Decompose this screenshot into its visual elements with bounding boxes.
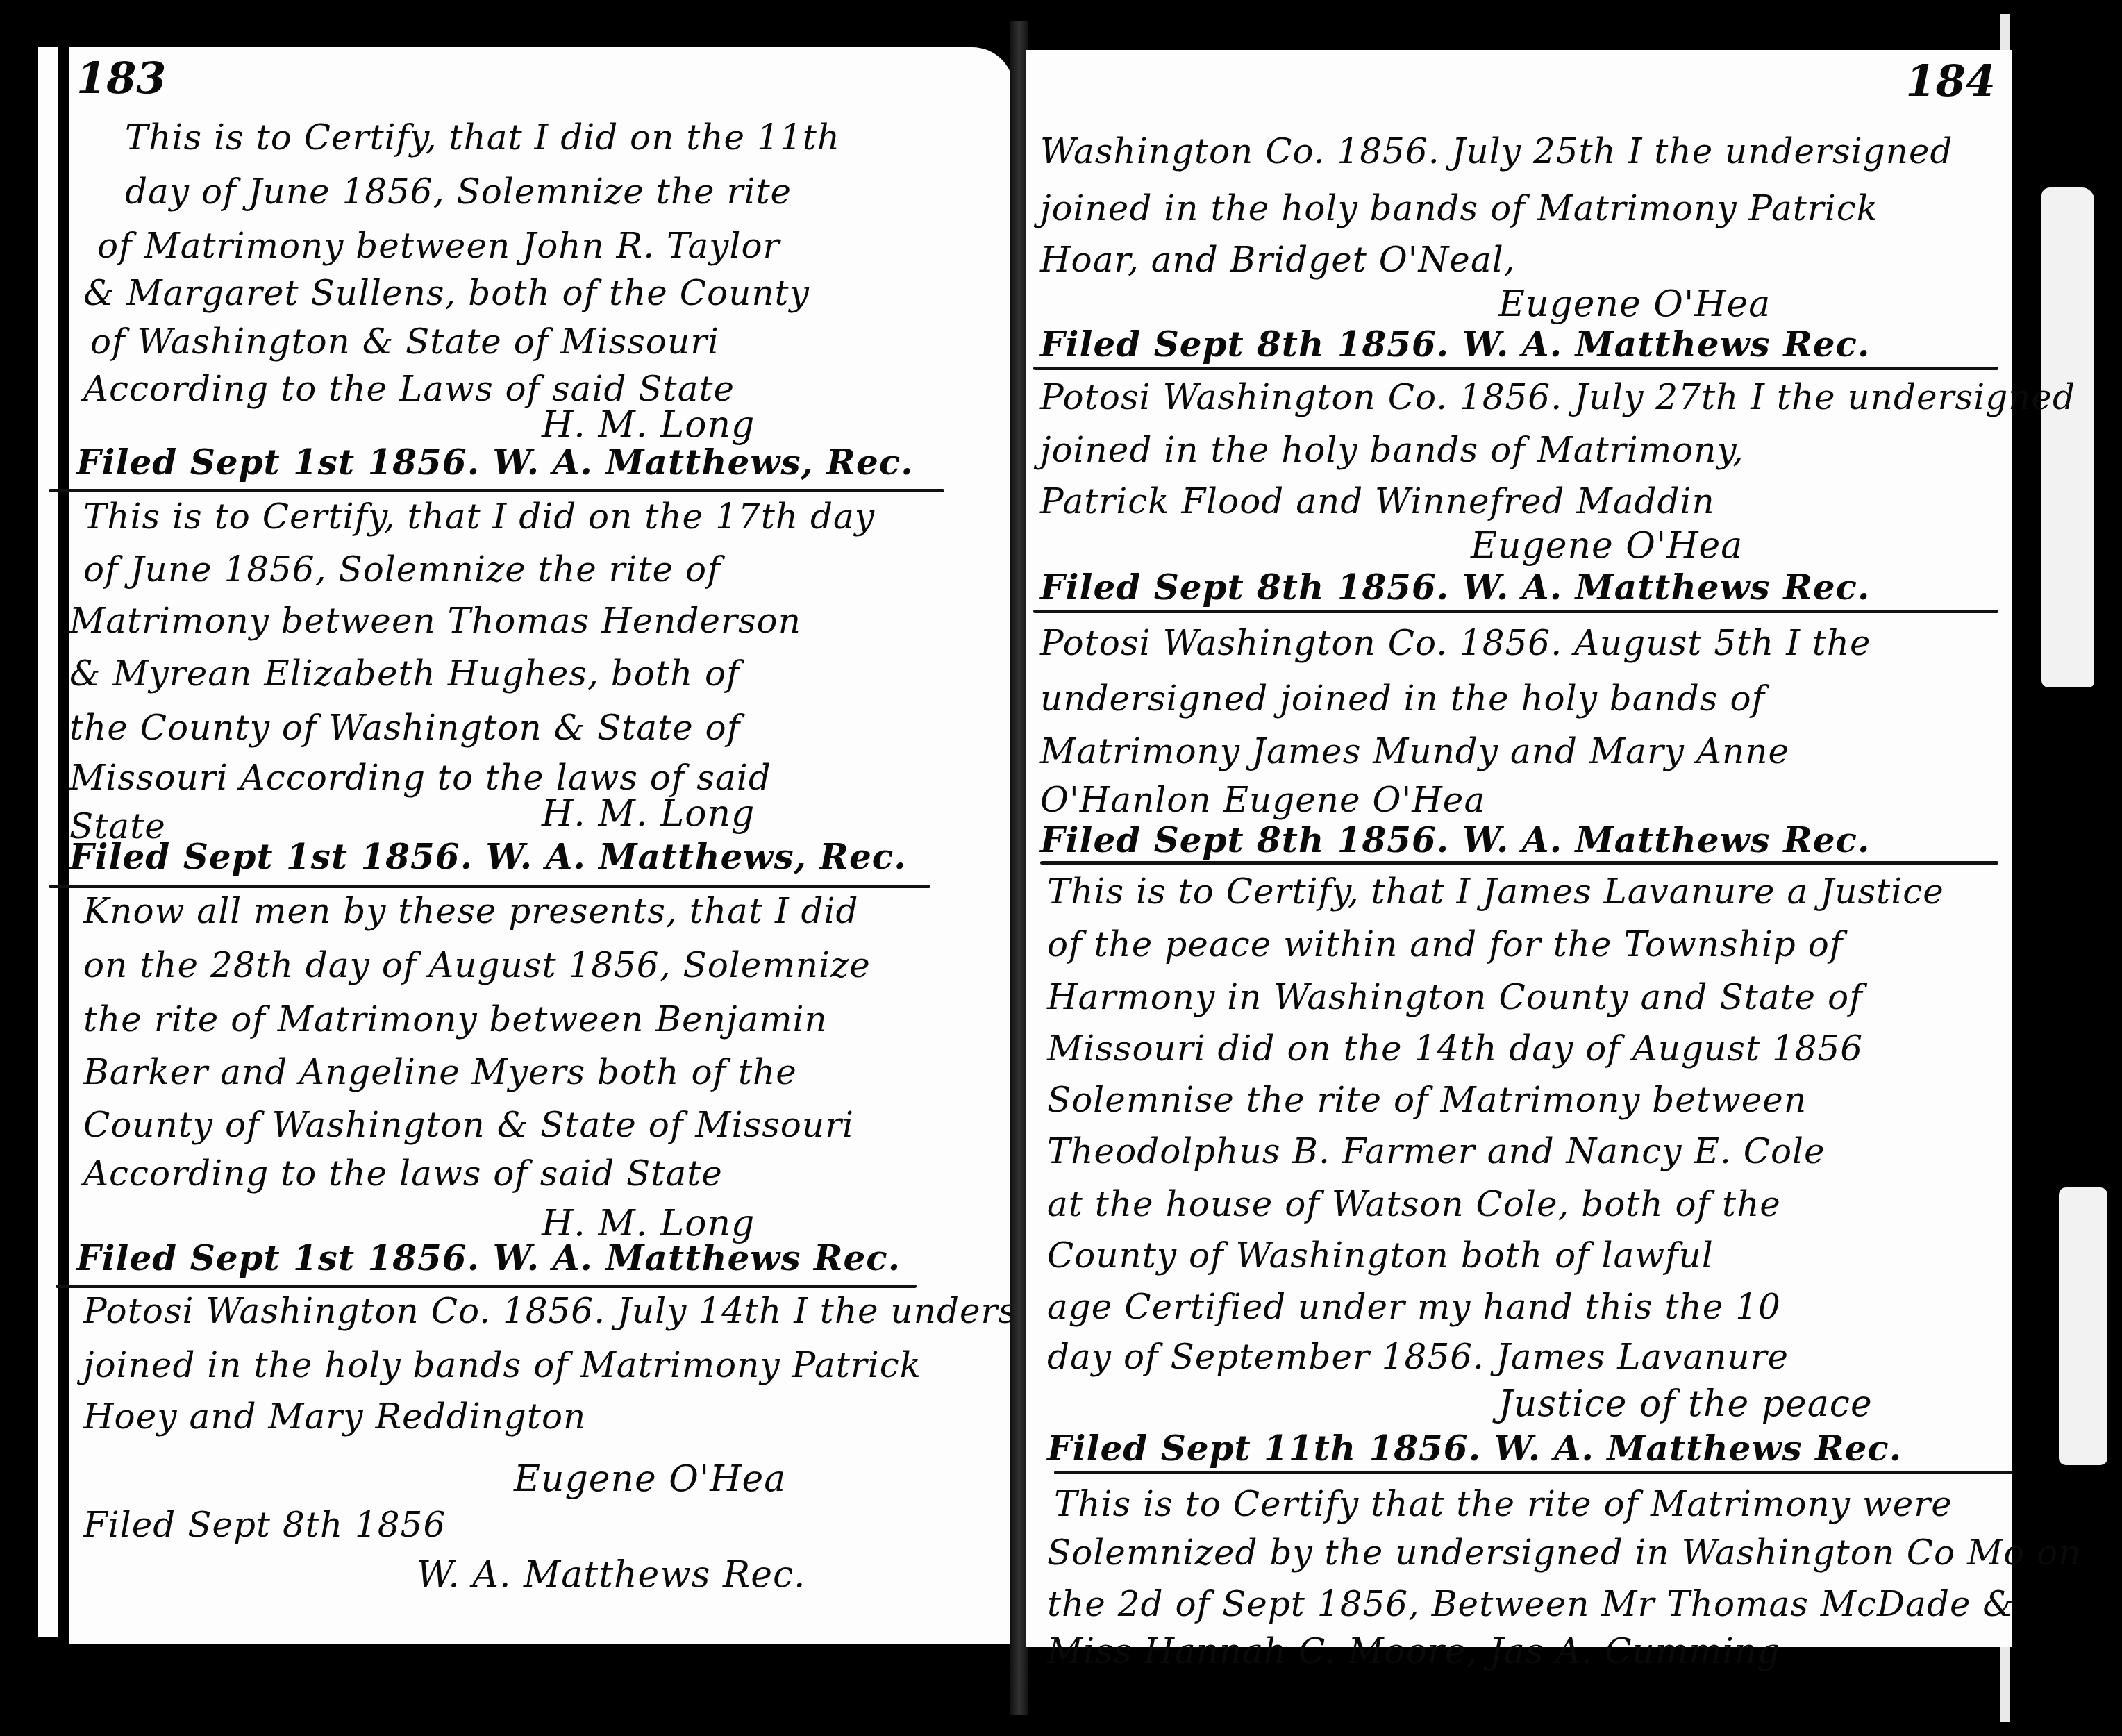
- text-line: Missouri According to the laws of said: [69, 757, 771, 799]
- text-line: This is to Certify, that I did on the 11…: [125, 117, 840, 158]
- text-line: O'Hanlon Eugene O'Hea: [1040, 779, 1485, 821]
- text-line: This is to Certify that the rite of Matr…: [1054, 1483, 1953, 1525]
- text-line: day of September 1856. James Lavanure: [1047, 1336, 1789, 1378]
- filing-note: Filed Sept 1st 1856. W. A. Matthews Rec.: [76, 1237, 901, 1279]
- officiant-signature: H. M. Long: [542, 793, 755, 835]
- filing-note: Filed Sept 11th 1856. W. A. Matthews Rec…: [1047, 1428, 1902, 1469]
- text-line: at the house of Watson Cole, both of the: [1047, 1183, 1781, 1225]
- text-line: According to the Laws of said State: [83, 368, 735, 410]
- text-line: Theodolphus B. Farmer and Nancy E. Cole: [1047, 1130, 1826, 1172]
- entry-divider: [1054, 1471, 2012, 1474]
- officiant-signature: Eugene O'Hea: [514, 1458, 786, 1500]
- entry-divider: [49, 885, 930, 888]
- entry-divider: [1033, 367, 1998, 370]
- text-line: & Margaret Sullens, both of the County: [83, 272, 810, 314]
- text-line: County of Washington & State of Missouri: [83, 1104, 854, 1146]
- text-line: Hoar, and Bridget O'Neal,: [1040, 239, 1516, 281]
- page-183: 183 This is to Certify, that I did on th…: [69, 47, 1014, 1644]
- text-line: Potosi Washington Co. 1856. July 27th I …: [1040, 376, 2075, 418]
- filing-note: Filed Sept 8th 1856. W. A. Matthews Rec.: [1040, 819, 1870, 861]
- page-184: 184 Washington Co. 1856. July 25th I the…: [1026, 50, 2012, 1647]
- text-line: Matrimony between Thomas Henderson: [69, 600, 801, 642]
- text-line: Potosi Washington Co. 1856. August 5th I…: [1040, 622, 1871, 664]
- text-line: Miss Hannah C. Moore, Jas A. Cumming: [1047, 1630, 1780, 1672]
- filing-note: Filed Sept 8th 1856: [83, 1504, 446, 1546]
- text-line: of the peace within and for the Township…: [1047, 924, 1843, 965]
- text-line: of Washington & State of Missouri: [90, 321, 719, 362]
- page-number: 184: [1906, 56, 1996, 106]
- text-line: the County of Washington & State of: [69, 707, 740, 749]
- text-line: Matrimony James Mundy and Mary Anne: [1040, 731, 1789, 772]
- filing-note: Filed Sept 1st 1856. W. A. Matthews, Rec…: [69, 836, 907, 878]
- text-line: day of June 1856, Solemnize the rite: [125, 171, 792, 212]
- filing-note: Filed Sept 8th 1856. W. A. Matthews Rec.: [1040, 567, 1870, 608]
- recorder-signature: W. A. Matthews Rec.: [417, 1554, 806, 1596]
- text-line: Solemnise the rite of Matrimony between: [1047, 1079, 1807, 1121]
- entry-divider: [1033, 610, 1998, 613]
- entry-divider: [1040, 861, 1998, 865]
- scanned-register-spread: 183 This is to Certify, that I did on th…: [0, 0, 2122, 1736]
- text-line: County of Washington both of lawful: [1047, 1235, 1714, 1276]
- text-line: Barker and Angeline Myers both of the: [83, 1051, 797, 1093]
- officiant-signature: H. M. Long: [542, 404, 755, 446]
- officiant-signature: Eugene O'Hea: [1498, 283, 1771, 325]
- text-line: Solemnized by the undersigned in Washing…: [1047, 1532, 2082, 1574]
- text-line: joined in the holy bands of Matrimony Pa…: [83, 1344, 921, 1386]
- text-line: Patrick Flood and Winnefred Maddin: [1040, 481, 1715, 522]
- text-line: & Myrean Elizabeth Hughes, both of: [69, 653, 740, 694]
- text-line: Potosi Washington Co. 1856. July 14th I …: [83, 1290, 1119, 1332]
- page-number: 183: [76, 53, 166, 103]
- paper-fragment-lower: [2059, 1187, 2107, 1465]
- text-line: the rite of Matrimony between Benjamin: [83, 999, 828, 1040]
- officiant-signature: Eugene O'Hea: [1471, 525, 1743, 567]
- text-line: on the 28th day of August 1856, Solemniz…: [83, 944, 871, 986]
- entry-divider: [49, 489, 944, 492]
- text-line: This is to Certify, that I James Lavanur…: [1047, 871, 1944, 912]
- text-line: Hoey and Mary Reddington: [83, 1396, 586, 1437]
- text-line: the 2d of Sept 1856, Between Mr Thomas M…: [1047, 1583, 2014, 1625]
- filing-note: Filed Sept 1st 1856. W. A. Matthews, Rec…: [76, 442, 914, 483]
- filing-note: Filed Sept 8th 1856. W. A. Matthews Rec.: [1040, 324, 1870, 365]
- text-line: This is to Certify, that I did on the 17…: [83, 496, 875, 537]
- text-line: joined in the holy bands of Matrimony Pa…: [1040, 187, 1878, 229]
- text-line: age Certified under my hand this the 10: [1047, 1286, 1781, 1328]
- text-line: joined in the holy bands of Matrimony,: [1040, 429, 1744, 471]
- text-line: of Matrimony between John R. Taylor: [97, 225, 780, 267]
- text-line: Washington Co. 1856. July 25th I the und…: [1040, 131, 1953, 172]
- text-line: of June 1856, Solemnize the rite of: [83, 549, 721, 590]
- entry-divider: [56, 1285, 917, 1288]
- text-line: Harmony in Washington County and State o…: [1047, 976, 1863, 1018]
- text-line: Know all men by these presents, that I d…: [83, 890, 859, 932]
- text-line: undersigned joined in the holy bands of: [1040, 678, 1765, 719]
- paper-fragment-upper: [2041, 187, 2094, 687]
- justice-signature: Justice of the peace: [1498, 1383, 1873, 1425]
- text-line: According to the laws of said State: [83, 1153, 723, 1194]
- text-line: Missouri did on the 14th day of August 1…: [1047, 1028, 1863, 1069]
- left-page-edge: [38, 47, 58, 1637]
